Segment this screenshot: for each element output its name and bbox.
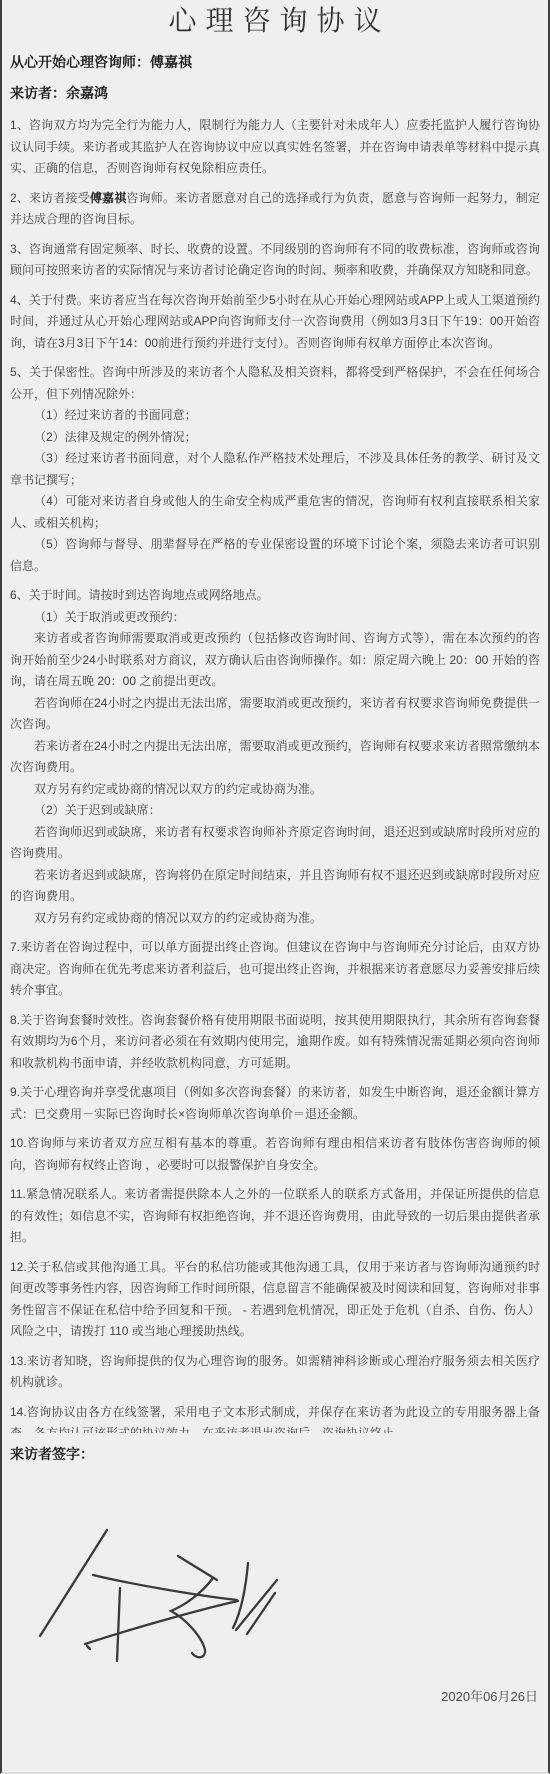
parties-block: 从心开始心理咨询师：傅嘉祺 来访者：余嘉鸿 — [2, 53, 548, 103]
clause-5-intro: 5、关于保密性。咨询中所涉及的来访者个人隐私及相关资料，都将受到严格保护，不会在… — [10, 362, 540, 405]
clause-5-item-1: （1）经过来访者的书面同意； — [10, 405, 540, 427]
clause-2-prefix: 2、来访者接受 — [10, 191, 90, 205]
counselor-name: 傅嘉祺 — [90, 191, 127, 205]
clause-6-sub1-item-1: 来访者或者咨询师需要取消或更改预约（包括修改咨询时间、咨询方式等），需在本次预约… — [10, 628, 540, 693]
counselor-line: 从心开始心理咨询师：傅嘉祺 — [10, 53, 540, 72]
clause-4: 4、关于付费。来访者应当在每次咨询开始前至少5小时在从心开始心理网站或APP上或… — [10, 290, 540, 355]
clause-14: 14.咨询协议由各方在线签署，采用电子文本形式制成，并保存在来访者为此设立的专用… — [10, 1402, 540, 1434]
clauses-body: 1、咨询双方均为完全行为能力人，限制行为能力人（主要针对未成年人）应委托监护人履… — [2, 115, 548, 1433]
signature-area: 来访者签字： 2020年06月26日 — [2, 1444, 548, 1464]
clause-6-sub2-item-3: 双方另有约定或协商的情况以双方的约定或协商为准。 — [10, 908, 540, 930]
clause-6-intro: 6、关于时间。请按时到达咨询地点或网络地点。 — [10, 585, 540, 607]
clause-5-item-2: （2）法律及规定的例外情况； — [10, 427, 540, 449]
clause-5-item-3: （3）经过来访者书面同意，对个人隐私作严格技术处理后，不涉及具体任务的教学、研讨… — [10, 448, 540, 491]
clause-1: 1、咨询双方均为完全行为能力人，限制行为能力人（主要针对未成年人）应委托监护人履… — [10, 115, 540, 180]
clause-11: 11.紧急情况联系人。来访者需提供除本人之外的一位联系人的联系方式备用，并保证所… — [10, 1184, 540, 1249]
clause-2: 2、来访者接受傅嘉祺咨询师。来访者愿意对自己的选择或行为负责，愿意与咨询师一起努… — [10, 188, 540, 231]
clause-3: 3、咨询通常有固定频率、时长、收费的设置。不同级别的咨询师有不同的收费标准，咨询… — [10, 239, 540, 282]
clause-12: 12.关于私信或其他沟通工具。平台的私信功能或其他沟通工具，仅用于来访者与咨询师… — [10, 1257, 540, 1343]
agreement-document: 心理咨询协议 从心开始心理咨询师：傅嘉祺 来访者：余嘉鸿 1、咨询双方均为完全行… — [0, 0, 550, 1774]
clause-6-sub2-item-1: 若咨询师迟到或缺席，来访者有权要求咨询师补齐原定咨询时间，退还迟到或缺席时段所对… — [10, 822, 540, 865]
clause-5: 5、关于保密性。咨询中所涉及的来访者个人隐私及相关资料，都将受到严格保护，不会在… — [10, 362, 540, 577]
clause-6: 6、关于时间。请按时到达咨询地点或网络地点。 （1）关于取消或更改预约： 来访者… — [10, 585, 540, 929]
clause-13: 13.来访者知晓，咨询师提供的仅为心理咨询的服务。如需精神科诊断或心理治疗服务须… — [10, 1351, 540, 1394]
signature-date: 2020年06月26日 — [441, 1688, 538, 1706]
page-title: 心理咨询协议 — [2, 0, 548, 39]
visitor-line: 来访者：余嘉鸿 — [10, 84, 540, 103]
clause-5-item-5: （5）咨询师与督导、朋辈督导在严格的专业保密设置的环境下讨论个案，须隐去来访者可… — [10, 534, 540, 577]
clause-6-sub1-item-3: 若来访者在24小时之内提出无法出席，需要取消或更改预约，咨询师有权要求来访者照常… — [10, 736, 540, 779]
visitor-signature-handwriting — [30, 1518, 290, 1678]
clause-8: 8.关于咨询套餐时效性。咨询套餐价格有使用期限书面说明，按其使用期限执行，其余所… — [10, 1010, 540, 1075]
clause-6-sub1-item-2: 若咨询师在24小时之内提出无法出席，需要取消或更改预约，来访者有权要求咨询师免费… — [10, 693, 540, 736]
clause-6-sub1-head: （1）关于取消或更改预约： — [10, 607, 540, 629]
clause-10: 10.咨询师与来访者双方应互相有基本的尊重。若咨询师有理由相信来访者有肢体伤害咨… — [10, 1133, 540, 1176]
clause-9: 9.关于心理咨询并享受优惠项目（例如多次咨询套餐）的来访者，如发生中断咨询，退还… — [10, 1082, 540, 1125]
clause-6-sub1-item-4: 双方另有约定或协商的情况以双方的约定或协商为准。 — [10, 779, 540, 801]
clause-5-item-4: （4）可能对来访者自身或他人的生命安全构成严重危害的情况，咨询师有权利直接联系相… — [10, 491, 540, 534]
clause-6-sub2-head: （2）关于迟到或缺席： — [10, 800, 540, 822]
signature-label: 来访者签字： — [2, 1444, 548, 1464]
clause-7: 7.来访者在咨询过程中，可以单方面提出终止咨询。但建议在咨询中与咨询师充分讨论后… — [10, 937, 540, 1002]
clause-6-sub2-item-2: 若来访者迟到或缺席，咨询将仍在原定时间结束，并且咨询师有权不退还迟到或缺席时段所… — [10, 865, 540, 908]
